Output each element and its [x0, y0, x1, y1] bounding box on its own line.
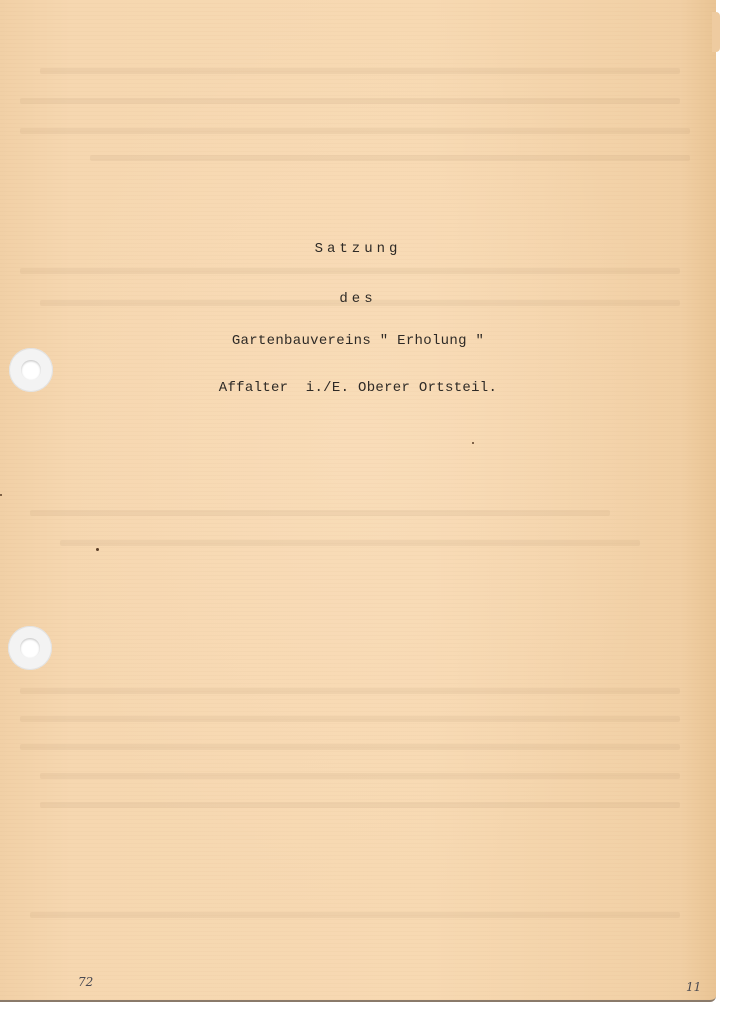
bleed-through-line: [40, 802, 680, 808]
bleed-through-line: [20, 744, 680, 750]
paper-speck: [472, 442, 474, 444]
bleed-through-line: [20, 98, 680, 104]
bleed-through-line: [90, 155, 690, 161]
bleed-through-line: [20, 268, 680, 274]
association-location: Affalter i./E. Oberer Ortsteil.: [0, 380, 716, 396]
document-subtitle-des: des: [0, 291, 716, 307]
handwritten-page-mark-left: 72: [78, 975, 93, 989]
document-page: Satzung des Gartenbauvereins " Erholung …: [0, 0, 716, 1002]
bleed-through-line: [20, 688, 680, 694]
punch-hole-bottom: [8, 626, 52, 670]
paper-speck: [96, 548, 99, 551]
bleed-through-line: [20, 716, 680, 722]
document-title: Satzung: [0, 241, 716, 257]
bleed-through-line: [30, 510, 610, 516]
paper-speck: [0, 494, 2, 496]
bleed-through-line: [60, 540, 640, 546]
bleed-through-line: [40, 773, 680, 779]
paper-edge-tab: [712, 12, 720, 52]
bleed-through-line: [20, 128, 690, 134]
bleed-through-line: [30, 912, 680, 918]
association-name: Gartenbauvereins " Erholung ": [0, 333, 716, 349]
handwritten-page-mark-right: 11: [686, 980, 701, 994]
bleed-through-line: [40, 68, 680, 74]
